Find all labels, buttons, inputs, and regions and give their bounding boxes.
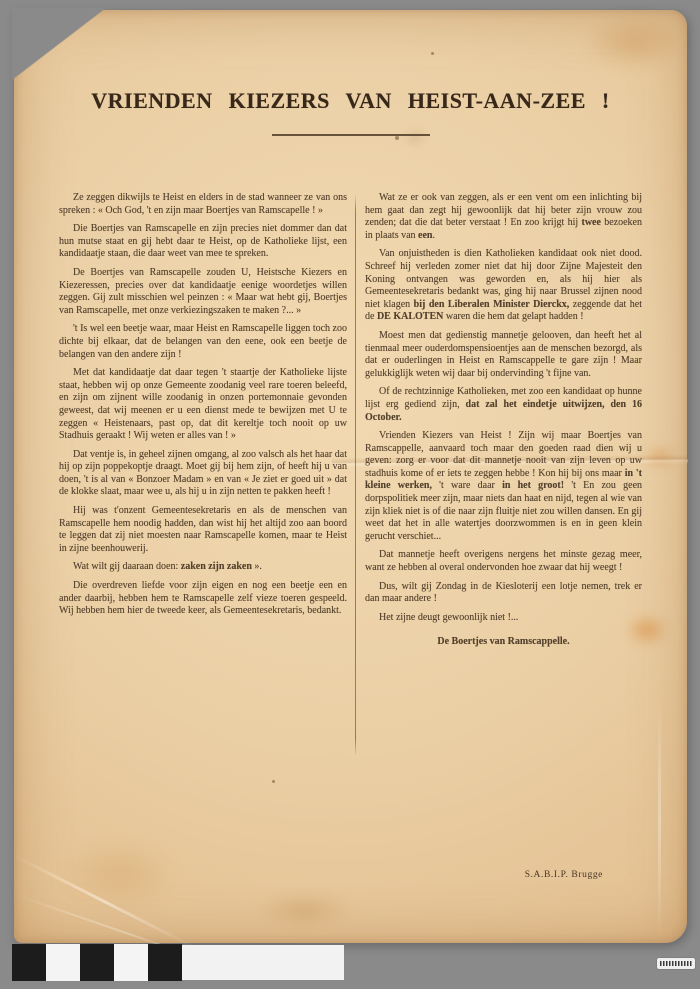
body-text: waren die hem dat gelapt hadden ! [443, 311, 583, 322]
paper-speck [272, 780, 275, 783]
signature: De Boertjes van Ramscappelle. [365, 636, 642, 649]
paragraph: Het zijne deugt gewoonlijk niet !... [365, 612, 642, 625]
column-divider [355, 194, 356, 756]
calibration-square-black [80, 944, 114, 981]
paragraph: Wat ze er ook van zeggen, als er een ven… [365, 192, 642, 242]
body-text: Wat wilt gij daaraan doen: [73, 561, 181, 572]
paragraph: Wat wilt gij daaraan doen: zaken zijn za… [59, 561, 347, 574]
inventory-label [657, 958, 695, 969]
paragraph: Die Boertjes van Ramscapelle en zijn pre… [59, 223, 347, 261]
body-text: Het zijne deugt gewoonlijk niet !... [379, 612, 518, 623]
paragraph: Moest men dat gedienstig mannetje geloov… [365, 330, 642, 380]
paragraph: Hij was t'onzent Gemeentesekretaris en a… [59, 505, 347, 555]
text-columns: Ze zeggen dikwijls te Heist en elders in… [14, 192, 687, 756]
body-text: . [433, 230, 436, 241]
paragraph: Of de rechtzinnige Katholieken, met zoo … [365, 386, 642, 424]
title-underline-rule [272, 134, 430, 136]
page-title: VRIENDEN KIEZERS VAN HEIST-AAN-ZEE ! [14, 88, 687, 114]
emphasized-text: DE KALOTEN [377, 311, 443, 322]
column-right-paragraphs: Wat ze er ook van zeggen, als er een ven… [365, 192, 642, 624]
calibration-white-bar [182, 945, 344, 980]
body-text: Die Boertjes van Ramscapelle en zijn pre… [59, 223, 347, 259]
calibration-square-white [46, 944, 80, 981]
emphasized-text: bij den Liberalen Minister Dierckx, [414, 299, 570, 310]
body-text: Die overdreven liefde voor zijn eigen en… [59, 580, 347, 616]
body-text: ». [252, 561, 262, 572]
paper-crease [9, 852, 197, 950]
body-text: Dus, wilt gij Zondag in de Kiesloterij e… [365, 581, 642, 605]
paper-stain [40, 826, 200, 921]
photographed-document-scene: VRIENDEN KIEZERS VAN HEIST-AAN-ZEE ! Ze … [0, 0, 700, 989]
pamphlet-content: VRIENDEN KIEZERS VAN HEIST-AAN-ZEE ! Ze … [14, 10, 687, 756]
paragraph: Die overdreven liefde voor zijn eigen en… [59, 580, 347, 618]
pamphlet-paper: VRIENDEN KIEZERS VAN HEIST-AAN-ZEE ! Ze … [14, 10, 687, 943]
body-text: Hij was t'onzent Gemeentesekretaris en a… [59, 505, 347, 554]
body-text: De Boertjes van Ramscapelle zouden U, He… [59, 267, 347, 316]
paragraph: Van onjuistheden is dien Katholieken kan… [365, 248, 642, 324]
paragraph: Dat ventje is, in geheel zijnen omgang, … [59, 449, 347, 499]
body-text: Ze zeggen dikwijls te Heist en elders in… [59, 192, 347, 216]
body-text: 't ware daar [432, 480, 502, 491]
printer-imprint: S.A.B.I.P. Brugge [525, 870, 603, 880]
body-text: Met dat kandidaatje dat daar tegen 't st… [59, 367, 347, 441]
emphasized-text: zaken zijn zaken [181, 561, 252, 572]
emphasized-text: twee [581, 217, 600, 228]
paragraph: Dus, wilt gij Zondag in de Kiesloterij e… [365, 581, 642, 606]
body-text: 't Is wel een beetje waar, maar Heist en… [59, 323, 347, 359]
paragraph: De Boertjes van Ramscapelle zouden U, He… [59, 267, 347, 317]
emphasized-text: in het groot! [502, 480, 564, 491]
paragraph: 't Is wel een beetje waar, maar Heist en… [59, 323, 347, 361]
body-text: Moest men dat gedienstig mannetje geloov… [365, 330, 642, 379]
column-left: Ze zeggen dikwijls te Heist en elders in… [59, 192, 347, 756]
body-text: Dat mannetje heeft overigens nergens het… [365, 549, 642, 573]
calibration-square-white [114, 944, 148, 981]
body-text: Vrienden Kiezers van Heist ! Zijn wij ma… [365, 430, 642, 479]
body-text: Dat ventje is, in geheel zijnen omgang, … [59, 449, 347, 498]
paragraph: Met dat kandidaatje dat daar tegen 't st… [59, 367, 347, 443]
calibration-square-black [148, 944, 182, 981]
paragraph: Dat mannetje heeft overigens nergens het… [365, 549, 642, 574]
paper-stain [239, 886, 369, 934]
emphasized-text: een [418, 230, 432, 241]
column-right: Wat ze er ook van zeggen, als er een ven… [365, 192, 642, 756]
clipped-paper-corner [12, 8, 106, 80]
paragraph: Ze zeggen dikwijls te Heist en elders in… [59, 192, 347, 217]
calibration-square-black [12, 944, 46, 981]
inventory-label-micro-text [660, 961, 692, 966]
calibration-strip [12, 944, 344, 981]
paragraph: Vrienden Kiezers van Heist ! Zijn wij ma… [365, 430, 642, 543]
